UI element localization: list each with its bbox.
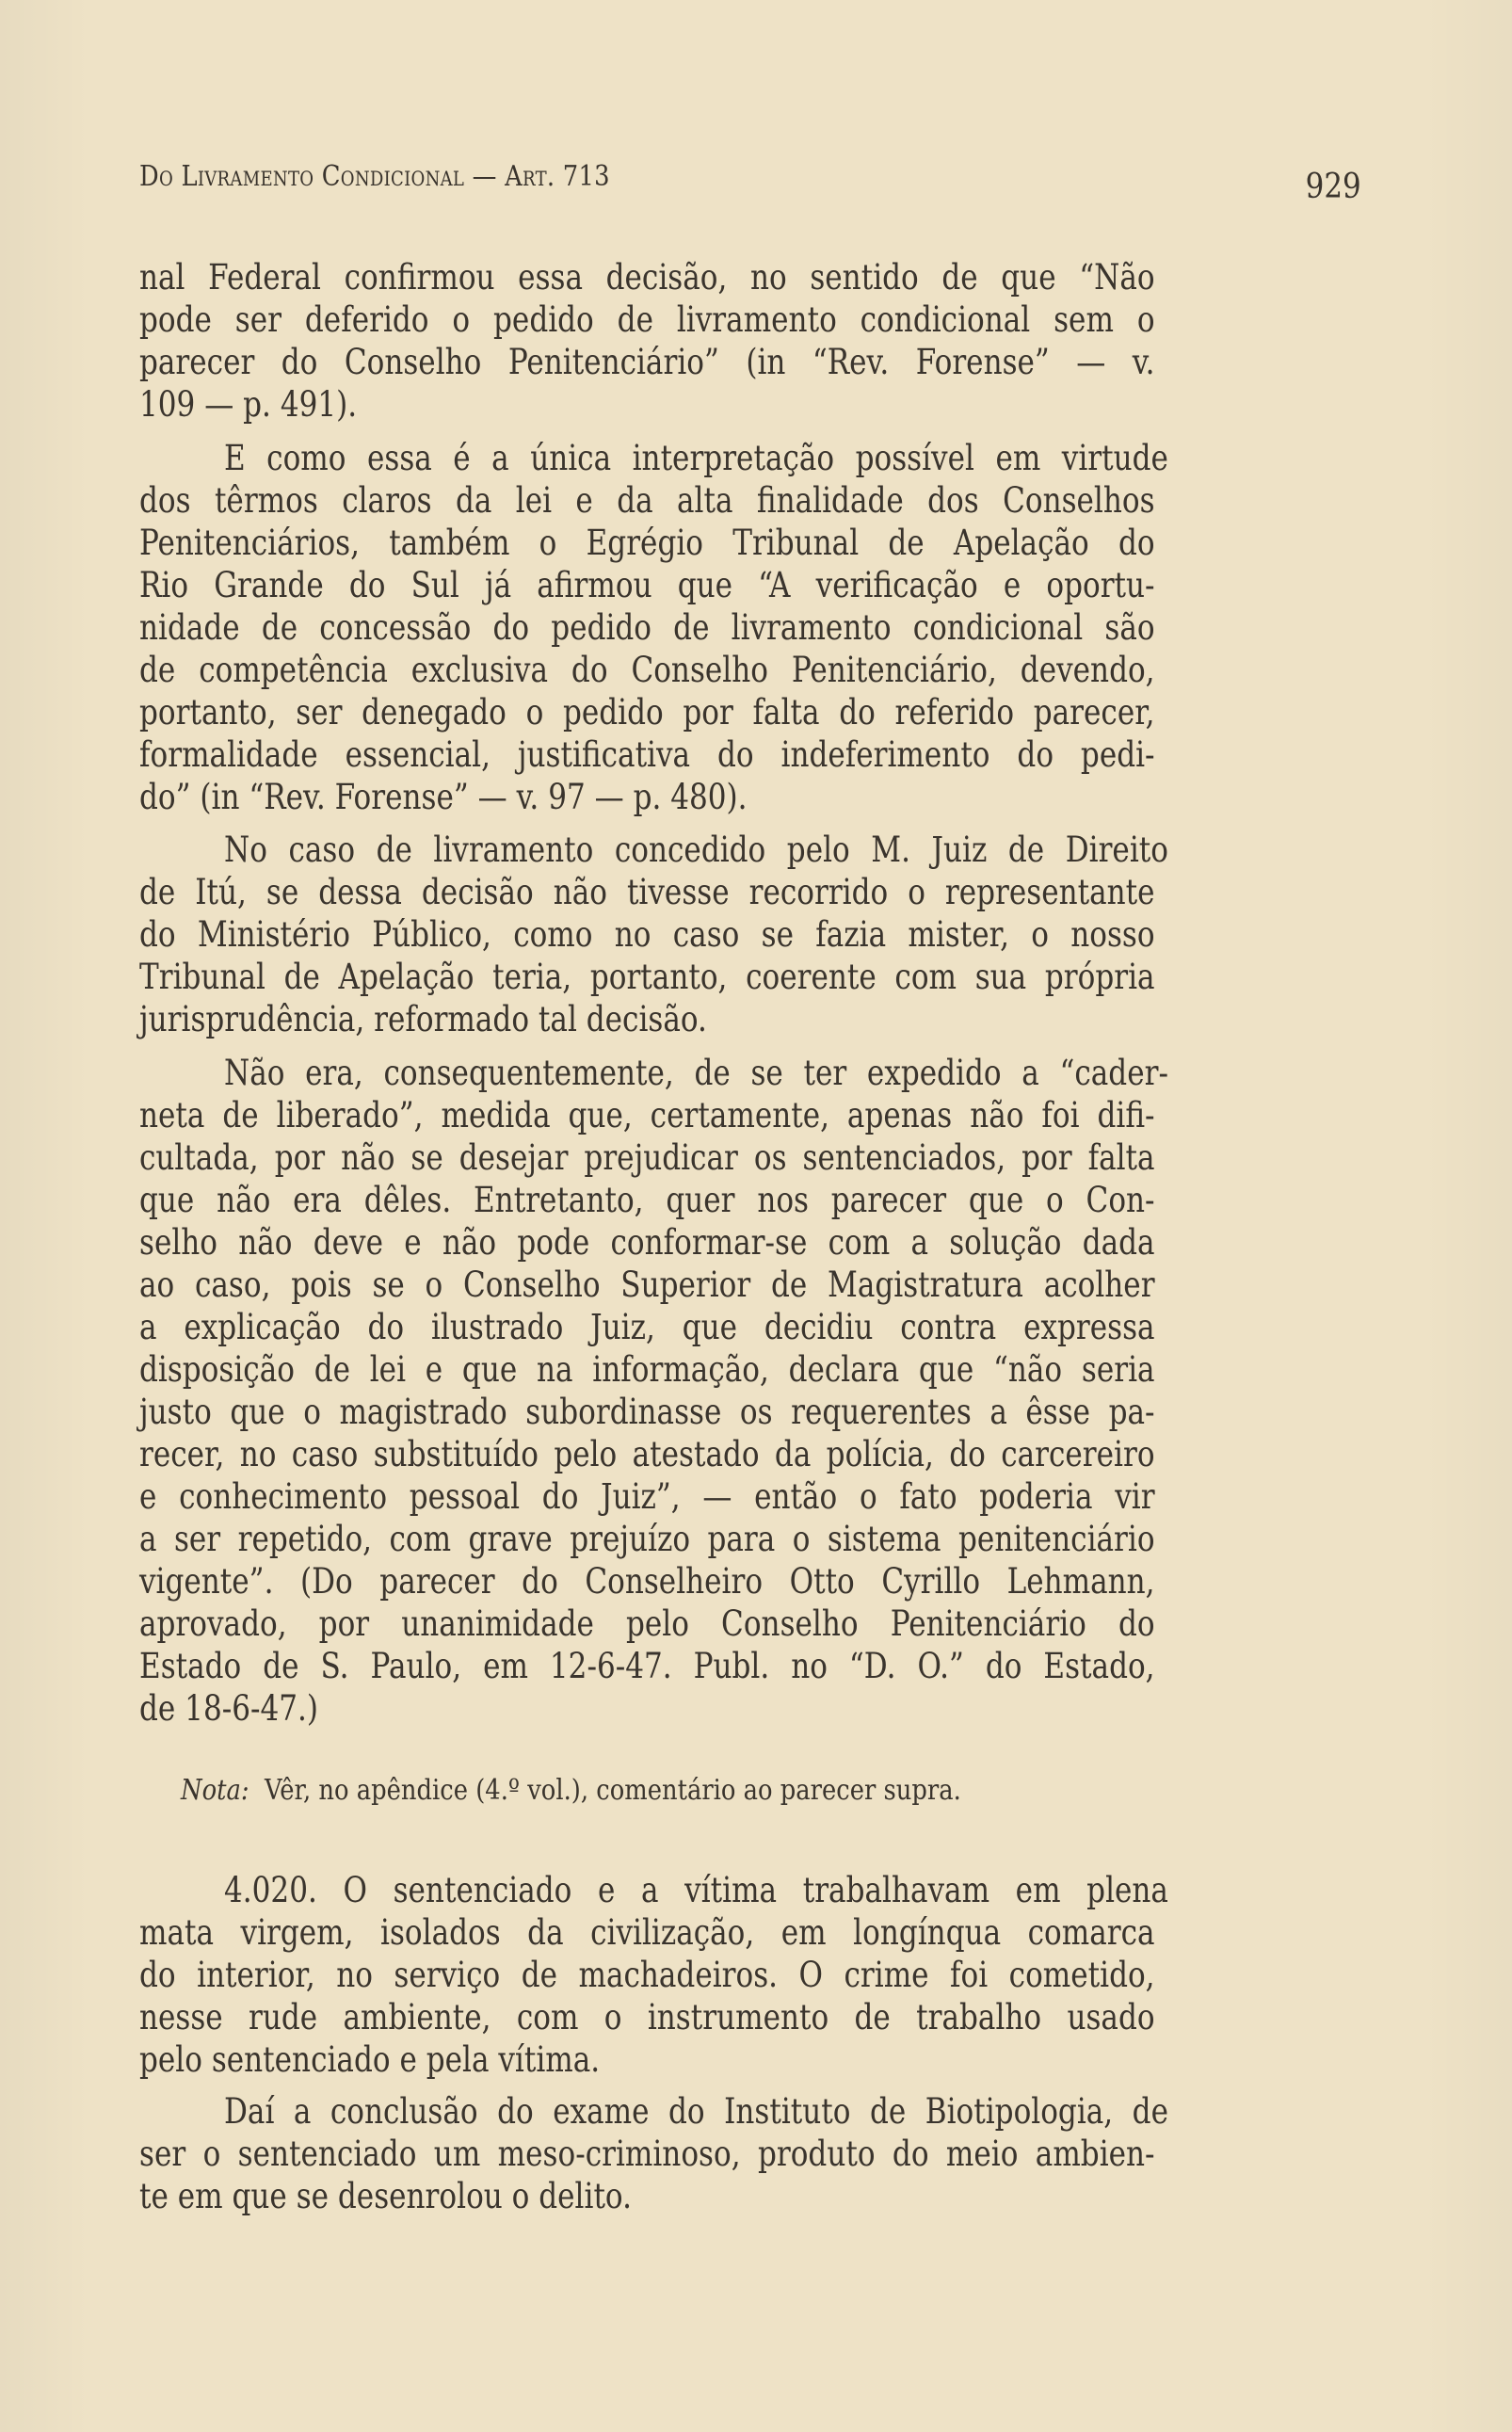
text-line: No caso de livramento concedido pelo M. … — [224, 829, 1348, 871]
line-text: jurisprudência, reformado tal decisão. — [139, 999, 1155, 1040]
line-text: nesse rude ambiente, com o instrumento d… — [139, 1997, 1155, 2038]
line-text: a ser repetido, com grave prejuízo para … — [139, 1519, 1155, 1560]
text-line: Rio Grande do Sul já afirmou que “A veri… — [139, 565, 1348, 606]
text-line: ao caso, pois se o Conselho Superior de … — [139, 1264, 1348, 1306]
text-line: disposição de lei e que na informação, d… — [139, 1349, 1348, 1391]
text-line: dos têrmos claros da lei e da alta final… — [139, 480, 1348, 522]
text-line: justo que o magistrado subordinasse os r… — [139, 1392, 1348, 1433]
line-text: disposição de lei e que na informação, d… — [139, 1349, 1155, 1391]
line-text: Daí a conclusão do exame do Instituto de… — [224, 2091, 1168, 2133]
line-text: ao caso, pois se o Conselho Superior de … — [139, 1264, 1155, 1306]
line-text: 4.020. O sentenciado e a vítima trabalha… — [224, 1870, 1168, 1911]
line-text: parecer do Conselho Penitenciário” (in “… — [139, 342, 1155, 383]
line-text: Não era, consequentemente, de se ter exp… — [224, 1053, 1168, 1094]
text-line: de competência exclusiva do Conselho Pen… — [139, 650, 1348, 691]
text-line: do Ministério Público, como no caso se f… — [139, 914, 1348, 956]
line-text: pode ser deferido o pedido de livramento… — [139, 299, 1155, 341]
line-text: que não era dêles. Entretanto, quer nos … — [139, 1180, 1155, 1221]
line-text: e conhecimento pessoal do Juiz”, — então… — [139, 1476, 1155, 1518]
text-line: nal Federal confirmou essa decisão, no s… — [139, 257, 1348, 298]
text-line: e conhecimento pessoal do Juiz”, — então… — [139, 1476, 1348, 1518]
footnote: Nota: Vêr, no apêndice (4.º vol.), comen… — [181, 1772, 961, 1810]
running-head: Do Livramento Condicional — Art. 713 929 — [139, 154, 1373, 196]
text-line: Estado de S. Paulo, em 12-6-47. Publ. no… — [139, 1646, 1348, 1687]
text-line: Daí a conclusão do exame do Instituto de… — [224, 2091, 1348, 2133]
line-text: recer, no caso substituído pelo atestado… — [139, 1434, 1155, 1475]
text-line: do” (in “Rev. Forense” — v. 97 — p. 480)… — [139, 777, 1348, 818]
text-line: jurisprudência, reformado tal decisão. — [139, 999, 1348, 1040]
text-line: mata virgem, isolados da civilização, em… — [139, 1912, 1348, 1954]
note-text: Vêr, no apêndice (4.º vol.), comentário … — [265, 1774, 961, 1807]
line-text: portanto, ser denegado o pedido por falt… — [139, 692, 1155, 733]
text-line: de 18-6-47.) — [139, 1688, 1348, 1730]
text-line: ser o sentenciado um meso-criminoso, pro… — [139, 2134, 1348, 2175]
text-line: 109 — p. 491). — [139, 384, 1348, 426]
text-line: te em que se desenrolou o delito. — [139, 2176, 1348, 2217]
line-text: nal Federal confirmou essa decisão, no s… — [139, 257, 1155, 298]
line-text: te em que se desenrolou o delito. — [139, 2176, 1155, 2217]
text-line: Não era, consequentemente, de se ter exp… — [224, 1053, 1348, 1094]
line-text: de Itú, se dessa decisão não tivesse rec… — [139, 872, 1155, 913]
text-line: nidade de concessão do pedido de livrame… — [139, 607, 1348, 649]
line-text: neta de liberado”, medida que, certament… — [139, 1095, 1155, 1136]
text-line: a ser repetido, com grave prejuízo para … — [139, 1519, 1348, 1560]
line-text: vigente”. (Do parecer do Conselheiro Ott… — [139, 1561, 1155, 1603]
line-text: de 18-6-47.) — [139, 1688, 1155, 1730]
line-text: E como essa é a única interpretação poss… — [224, 438, 1168, 479]
line-text: Tribunal de Apelação teria, portanto, co… — [139, 957, 1155, 998]
text-line: cultada, por não se desejar prejudicar o… — [139, 1137, 1348, 1179]
running-title: Do Livramento Condicional — Art. 713 — [139, 160, 610, 193]
text-line: pelo sentenciado e pela vítima. — [139, 2039, 1348, 2081]
text-line: formalidade essencial, justificativa do … — [139, 734, 1348, 776]
text-line: Tribunal de Apelação teria, portanto, co… — [139, 957, 1348, 998]
line-text: a explicação do ilustrado Juiz, que deci… — [139, 1307, 1155, 1348]
line-text: cultada, por não se desejar prejudicar o… — [139, 1137, 1155, 1179]
line-text: 109 — p. 491). — [139, 384, 1155, 426]
text-line: parecer do Conselho Penitenciário” (in “… — [139, 342, 1348, 383]
line-text: Rio Grande do Sul já afirmou que “A veri… — [139, 565, 1155, 606]
page-number: 929 — [1306, 168, 1361, 206]
text-line: aprovado, por unanimidade pelo Conselho … — [139, 1603, 1348, 1645]
line-text: justo que o magistrado subordinasse os r… — [139, 1392, 1155, 1433]
line-text: aprovado, por unanimidade pelo Conselho … — [139, 1603, 1155, 1645]
text-line: do interior, no serviço de machadeiros. … — [139, 1955, 1348, 1996]
text-line: neta de liberado”, medida que, certament… — [139, 1095, 1348, 1136]
text-line: a explicação do ilustrado Juiz, que deci… — [139, 1307, 1348, 1348]
line-text: Penitenciários, também o Egrégio Tribuna… — [139, 523, 1155, 564]
text-line: pode ser deferido o pedido de livramento… — [139, 299, 1348, 341]
note-label: Nota: — [181, 1774, 249, 1807]
text-line: vigente”. (Do parecer do Conselheiro Ott… — [139, 1561, 1348, 1603]
line-text: dos têrmos claros da lei e da alta final… — [139, 480, 1155, 522]
line-text: formalidade essencial, justificativa do … — [139, 734, 1155, 776]
line-text: mata virgem, isolados da civilização, em… — [139, 1912, 1155, 1954]
line-text: do” (in “Rev. Forense” — v. 97 — p. 480)… — [139, 777, 1155, 818]
line-text: Estado de S. Paulo, em 12-6-47. Publ. no… — [139, 1646, 1155, 1687]
text-line: portanto, ser denegado o pedido por falt… — [139, 692, 1348, 733]
text-line: nesse rude ambiente, com o instrumento d… — [139, 1997, 1348, 2038]
line-text: ser o sentenciado um meso-criminoso, pro… — [139, 2134, 1155, 2175]
text-line: que não era dêles. Entretanto, quer nos … — [139, 1180, 1348, 1221]
text-line: recer, no caso substituído pelo atestado… — [139, 1434, 1348, 1475]
line-text: do interior, no serviço de machadeiros. … — [139, 1955, 1155, 1996]
line-text: No caso de livramento concedido pelo M. … — [224, 829, 1168, 871]
text-line: selho não deve e não pode conformar-se c… — [139, 1222, 1348, 1264]
line-text: de competência exclusiva do Conselho Pen… — [139, 650, 1155, 691]
line-text: pelo sentenciado e pela vítima. — [139, 2039, 1155, 2081]
text-line: 4.020. O sentenciado e a vítima trabalha… — [224, 1870, 1348, 1911]
line-text: do Ministério Público, como no caso se f… — [139, 914, 1155, 956]
line-text: selho não deve e não pode conformar-se c… — [139, 1222, 1155, 1264]
text-line: de Itú, se dessa decisão não tivesse rec… — [139, 872, 1348, 913]
line-text: nidade de concessão do pedido de livrame… — [139, 607, 1155, 649]
book-page: Do Livramento Condicional — Art. 713 929… — [0, 0, 1512, 2432]
text-line: E como essa é a única interpretação poss… — [224, 438, 1348, 479]
text-line: Penitenciários, também o Egrégio Tribuna… — [139, 523, 1348, 564]
